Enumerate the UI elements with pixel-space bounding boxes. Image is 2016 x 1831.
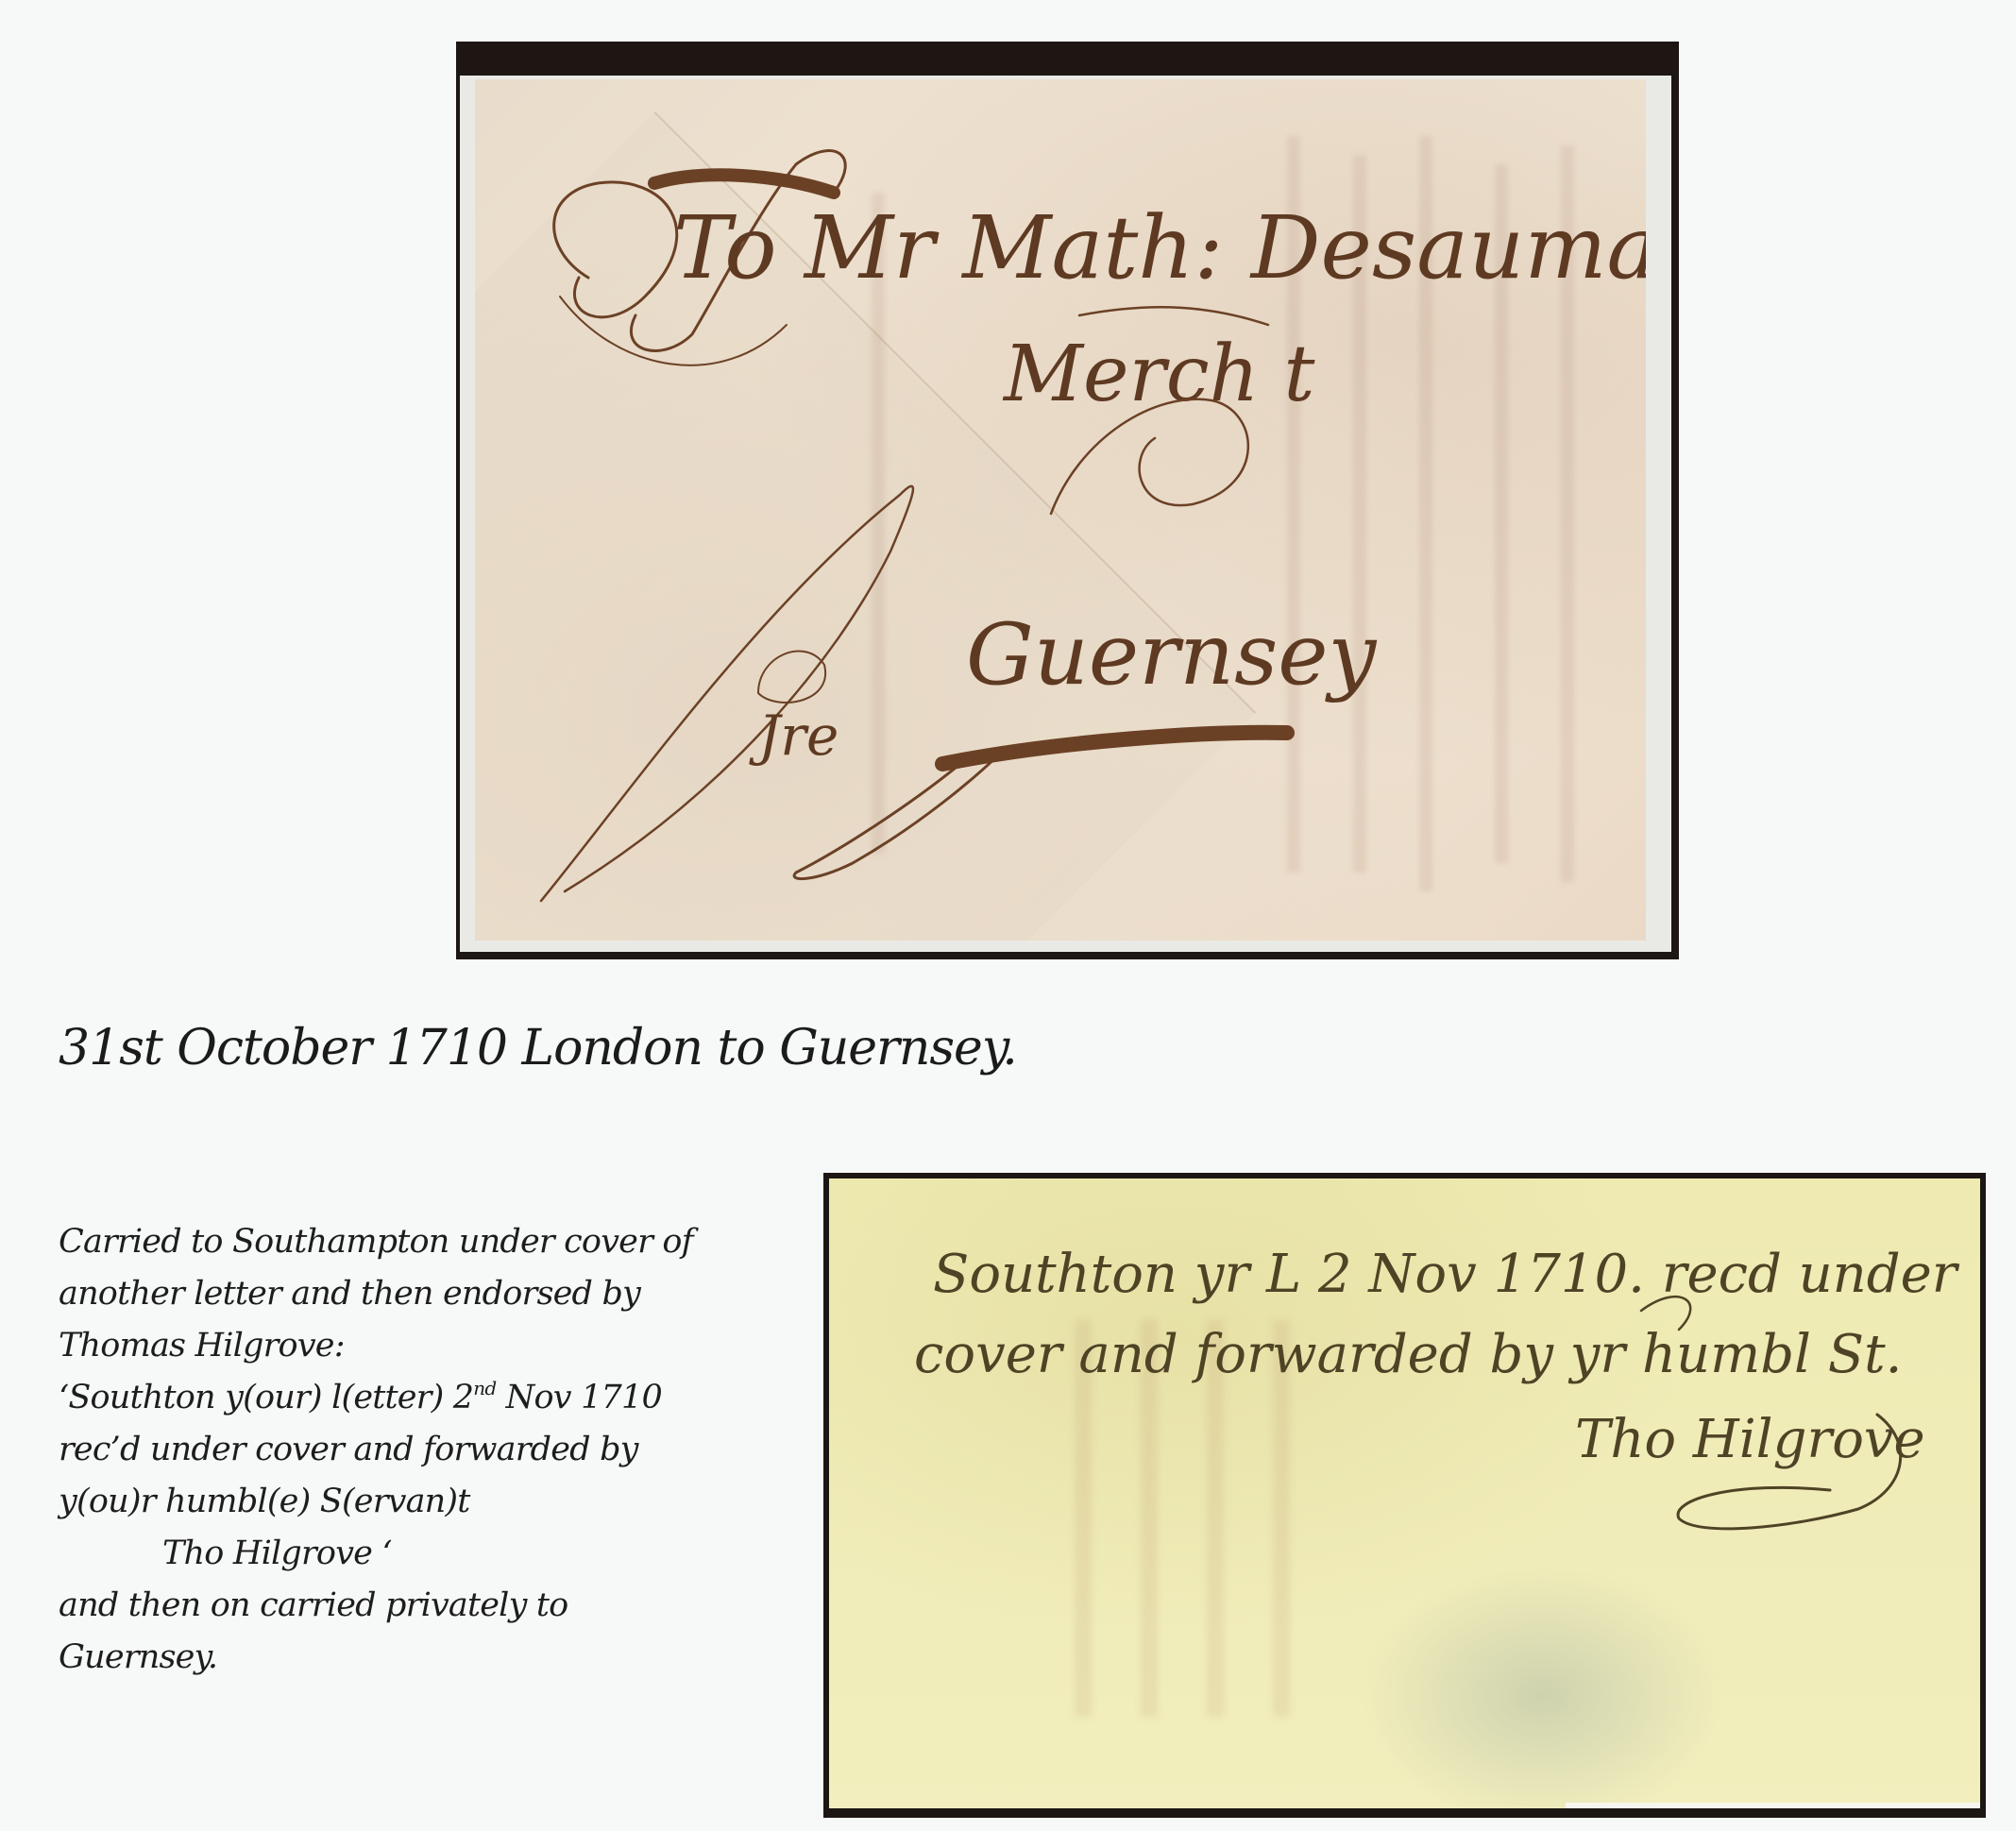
ordinal-suffix: nd <box>473 1377 496 1399</box>
description-line: ‘Southton y(our) l(etter) 2 <box>59 1379 473 1416</box>
description-line: and then on carried privately to <box>59 1580 833 1632</box>
endorsement-handwriting: Southton yr L 2 Nov 1710. recd under cov… <box>829 1178 1980 1808</box>
endorsement-image: Southton yr L 2 Nov 1710. recd under cov… <box>829 1178 1980 1808</box>
description-line-signature: Tho Hilgrove ‘ <box>59 1528 833 1580</box>
description-line: Carried to Southampton under cover of <box>59 1216 833 1268</box>
description-line-date: ‘Southton y(our) l(etter) 2nd Nov 1710 <box>59 1372 833 1424</box>
svg-text:Guernsey: Guernsey <box>966 605 1378 704</box>
description-line: rec’d under cover and forwarded by <box>59 1424 833 1476</box>
cover-letter-mount: To Mr Math: Desaumares Merch t Guernsey … <box>456 42 1679 959</box>
svg-text:To Mr Math: Desaumares: To Mr Math: Desaumares <box>673 197 1646 298</box>
description-line: Guernsey. <box>59 1632 833 1684</box>
cover-letter-image: To Mr Math: Desaumares Merch t Guernsey … <box>475 79 1646 941</box>
description-line: another letter and then endorsed by <box>59 1268 833 1320</box>
svg-text:Southton yr L 2 Nov 1710. recd: Southton yr L 2 Nov 1710. recd under <box>933 1244 1960 1305</box>
description-line: y(ou)r humbl(e) S(ervan)t <box>59 1476 833 1528</box>
svg-text:Tho Hilgrove: Tho Hilgrove <box>1575 1409 1925 1470</box>
endorsement-mount: Southton yr L 2 Nov 1710. recd under cov… <box>823 1173 1986 1818</box>
svg-text:cover and forwarded by yr humb: cover and forwarded by yr humbl St. <box>914 1324 1902 1385</box>
description-line-tail: Nov 1710 <box>496 1379 662 1416</box>
svg-text:Jre: Jre <box>749 704 839 768</box>
description-line: Thomas Hilgrove: <box>59 1320 833 1372</box>
page-title: 31st October 1710 London to Guernsey. <box>59 1020 1017 1077</box>
description-block: Carried to Southampton under cover of an… <box>59 1216 833 1684</box>
